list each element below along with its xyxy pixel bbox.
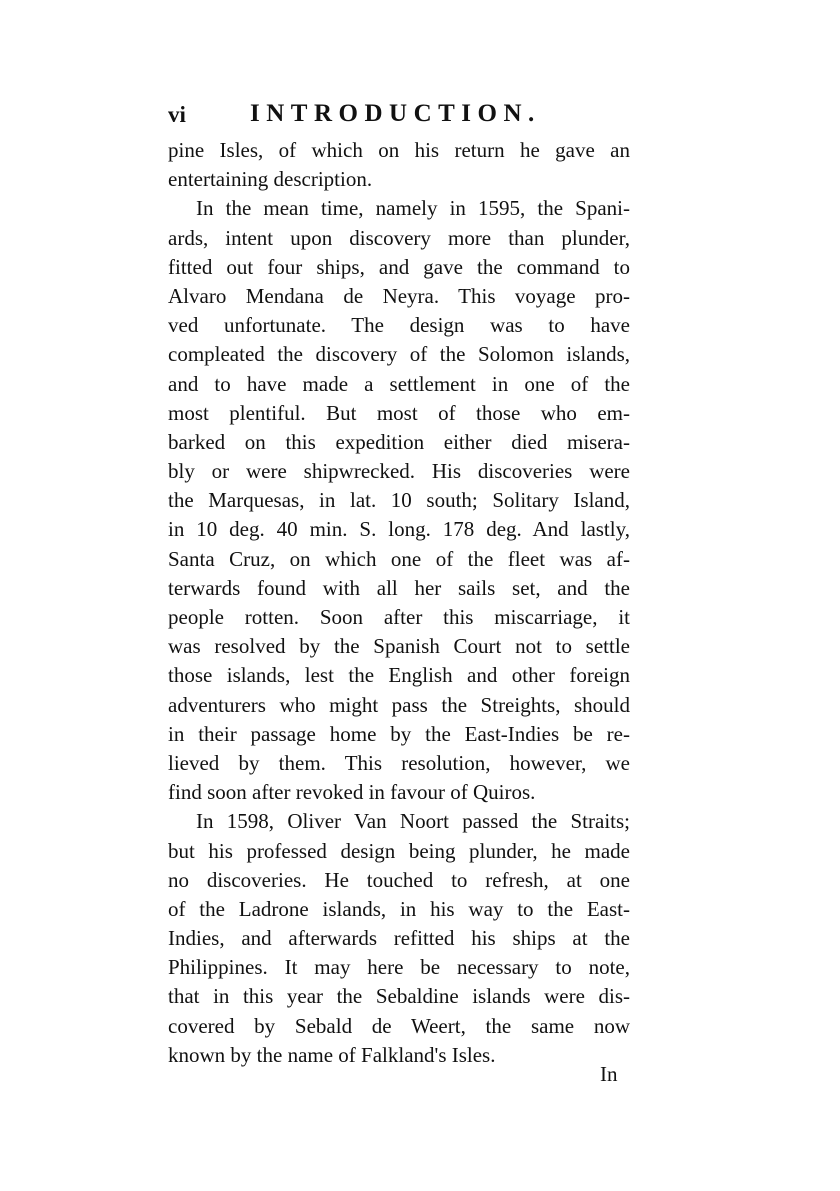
text-line: Alvaro Mendana de Neyra. This voyage pro… [168,282,630,311]
text-line: Santa Cruz, on which one of the fleet wa… [168,545,630,574]
text-line: people rotten. Soon after this miscarria… [168,603,630,632]
text-line: ved unfortunate. The design was to have [168,311,630,340]
text-line: but his professed design being plunder, … [168,837,630,866]
catchword: In [600,1062,618,1087]
body-text: pine Isles, of which on his return he ga… [168,136,630,1070]
text-line: covered by Sebald de Weert, the same now [168,1012,630,1041]
section-title: INTRODUCTION. [250,100,541,128]
text-line: and to have made a settlement in one of … [168,370,630,399]
running-head: vi INTRODUCTION. [168,100,628,134]
paragraph: pine Isles, of which on his return he ga… [168,136,630,194]
paragraph: In the mean time, namely in 1595, the Sp… [168,194,630,807]
text-line: entertaining description. [168,165,630,194]
text-line: In 1598, Oliver Van Noort passed the Str… [168,807,630,836]
text-line: the Marquesas, in lat. 10 south; Solitar… [168,486,630,515]
page-number: vi [168,102,186,128]
text-line: adventurers who might pass the Streights… [168,691,630,720]
text-line: Philippines. It may here be necessary to… [168,953,630,982]
text-line: fitted out four ships, and gave the comm… [168,253,630,282]
text-line: was resolved by the Spanish Court not to… [168,632,630,661]
text-line: find soon after revoked in favour of Qui… [168,778,630,807]
text-line: known by the name of Falkland's Isles. [168,1041,630,1070]
text-line: Indies, and afterwards refitted his ship… [168,924,630,953]
text-line: most plentiful. But most of those who em… [168,399,630,428]
text-line: in their passage home by the East-Indies… [168,720,630,749]
book-page: vi INTRODUCTION. pine Isles, of which on… [0,0,840,1191]
text-line: lieved by them. This resolution, however… [168,749,630,778]
text-line: In the mean time, namely in 1595, the Sp… [168,194,630,223]
text-line: pine Isles, of which on his return he ga… [168,136,630,165]
text-line: no discoveries. He touched to refresh, a… [168,866,630,895]
text-line: those islands, lest the English and othe… [168,661,630,690]
text-line: that in this year the Sebaldine islands … [168,982,630,1011]
text-line: terwards found with all her sails set, a… [168,574,630,603]
paragraph: In 1598, Oliver Van Noort passed the Str… [168,807,630,1070]
text-line: ards, intent upon discovery more than pl… [168,224,630,253]
text-line: in 10 deg. 40 min. S. long. 178 deg. And… [168,515,630,544]
text-line: compleated the discovery of the Solomon … [168,340,630,369]
text-line: bly or were shipwrecked. His discoveries… [168,457,630,486]
text-line: barked on this expedition either died mi… [168,428,630,457]
text-line: of the Ladrone islands, in his way to th… [168,895,630,924]
